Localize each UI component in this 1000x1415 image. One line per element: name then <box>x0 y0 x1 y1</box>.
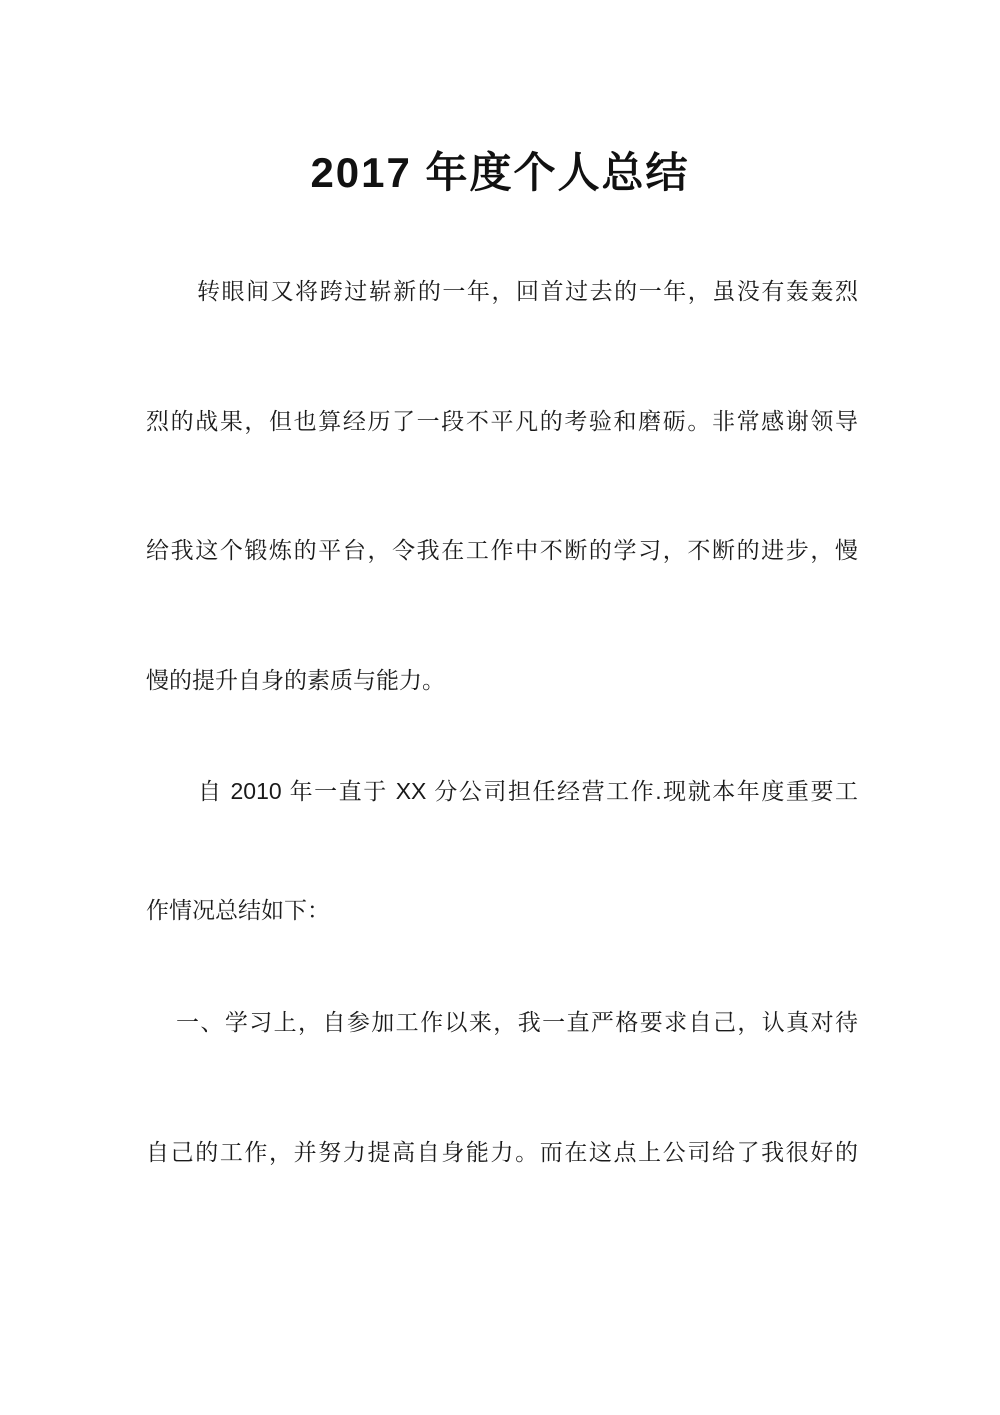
paragraph-1-line-3: 给我这个锻炼的平台，令我在工作中不断的学习，不断的进步，慢 <box>146 534 858 566</box>
document-page: 2017 年度个人总结 转眼间又将跨过崭新的一年，回首过去的一年，虽没有轰轰烈 … <box>0 0 1000 1415</box>
paragraph-1-line-2: 烈的战果，但也算经历了一段不平凡的考验和磨砺。非常感谢领导 <box>146 405 858 437</box>
paragraph-3-line-2: 自己的工作，并努力提高自身能力。而在这点上公司给了我很好的 <box>146 1136 858 1168</box>
document-title: 2017 年度个人总结 <box>0 150 1000 196</box>
paragraph-2-line-1: 自 2010 年一直于 XX 分公司担任经营工作.现就本年度重要工 <box>146 775 858 807</box>
paragraph-2-line-2: 作情况总结如下： <box>146 894 858 926</box>
paragraph-1-line-4: 慢的提升自身的素质与能力。 <box>146 664 858 696</box>
paragraph-1-line-1: 转眼间又将跨过崭新的一年，回首过去的一年，虽没有轰轰烈 <box>146 275 858 307</box>
paragraph-3-line-1: 一、学习上，自参加工作以来，我一直严格要求自己，认真对待 <box>146 1006 858 1038</box>
